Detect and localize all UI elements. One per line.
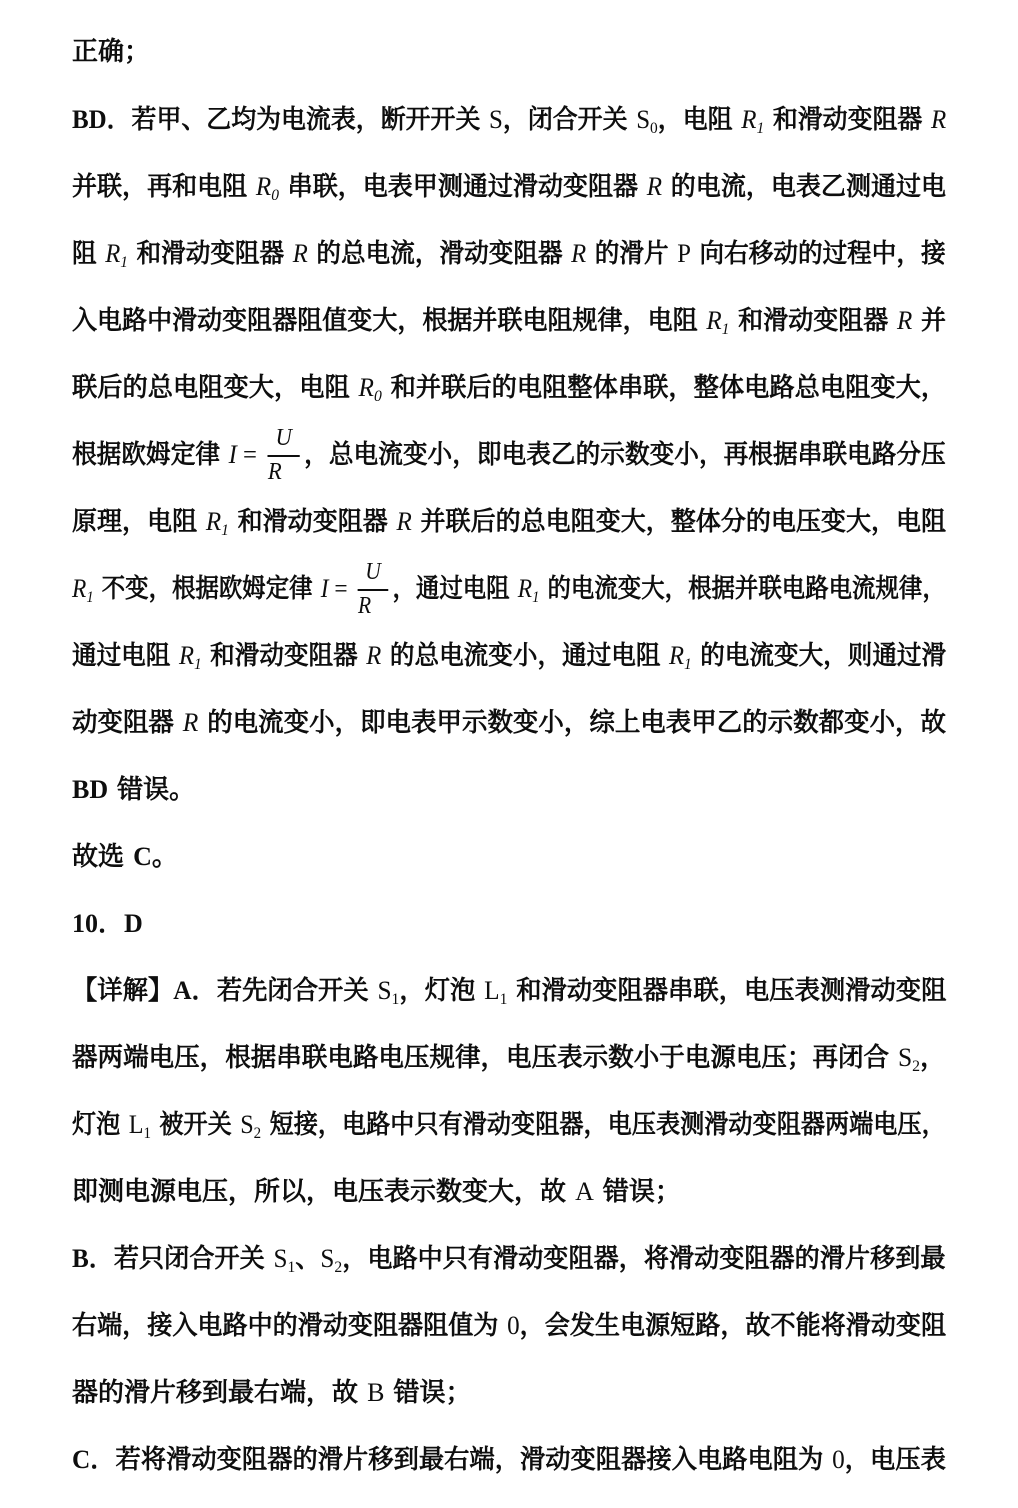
document-page: 正确； BD．若甲、乙均为电流表，断开开关 S，闭合开关 S0，电阻 R1 和滑… (0, 0, 1018, 1493)
text-line: 灯泡 L1 被开关 S2 短接，电路中只有滑动变阻器，电压表测滑动变阻器两端电压… (72, 1091, 884, 1158)
text-line: B．若只闭合开关 S1、S2，电路中只有滑动变阻器，将滑动变阻器的滑片移到最 (72, 1225, 917, 1292)
text-line: 【详解】A．若先闭合开关 S1，灯泡 L1 和滑动变阻器串联，电压表测滑动变阻 (72, 957, 923, 1024)
text-line: 动变阻器 R 的电流变小，即电表甲示数变小，综上电表甲乙的示数都变小，故 (72, 689, 928, 756)
fraction: UR (358, 560, 388, 620)
text-line: 原理，电阻 R1 和滑动变阻器 R 并联后的总电阻变大，整体分的电压变大，电阻 (72, 488, 913, 555)
text-line-with-formula: R1 不变，根据欧姆定律 I = UR，通过电阻 R1 的电流变大，根据并联电路… (72, 555, 860, 622)
question-10-answer-heading: 10．D (72, 890, 946, 957)
text-line: BD．若甲、乙均为电流表，断开开关 S，闭合开关 S0，电阻 R1 和滑动变阻器… (72, 86, 910, 153)
conclusion-line: 故选 C。 (72, 823, 946, 890)
text-line-with-formula: 根据欧姆定律 I = UR，总电流变小，即电表乙的示数变小，再根据串联电路分压 (72, 421, 901, 488)
text-line: C．若将滑动变阻器的滑片移到最右端，滑动变阻器接入电路电阻为 0，电压表 (72, 1426, 922, 1493)
text-line: 通过电阻 R1 和滑动变阻器 R 的总电流变小，通过电阻 R1 的电流变大，则通… (72, 622, 899, 689)
text-line: 器的滑片移到最右端，故 B 错误； (72, 1359, 946, 1426)
fraction: UR (268, 426, 300, 486)
text-line: BD 错误。 (72, 756, 946, 823)
text-line: 并联，再和电阻 R0 串联，电表甲测通过滑动变阻器 R 的电流，电表乙测通过电 (72, 153, 913, 220)
text-line: 器两端电压，根据串联电路电压规律，电压表示数小于电源电压；再闭合 S2， (72, 1024, 930, 1091)
text-line: 即测电源电压，所以，电压表示数变大，故 A 错误； (72, 1158, 946, 1225)
text-line: 阻 R1 和滑动变阻器 R 的总电流，滑动变阻器 R 的滑片 P 向右移动的过程… (72, 220, 900, 287)
text-line: 联后的总电阻变大，电阻 R0 和并联后的电阻整体串联，整体电路总电阻变大， (72, 354, 921, 421)
text-line: 正确； (72, 19, 946, 86)
text-line: 右端，接入电路中的滑动变阻器阻值为 0，会发生电源短路，故不能将滑动变阻 (72, 1292, 915, 1359)
text-line: 入电路中滑动变阻器阻值变大，根据并联电阻规律，电阻 R1 和滑动变阻器 R 并 (72, 287, 913, 354)
